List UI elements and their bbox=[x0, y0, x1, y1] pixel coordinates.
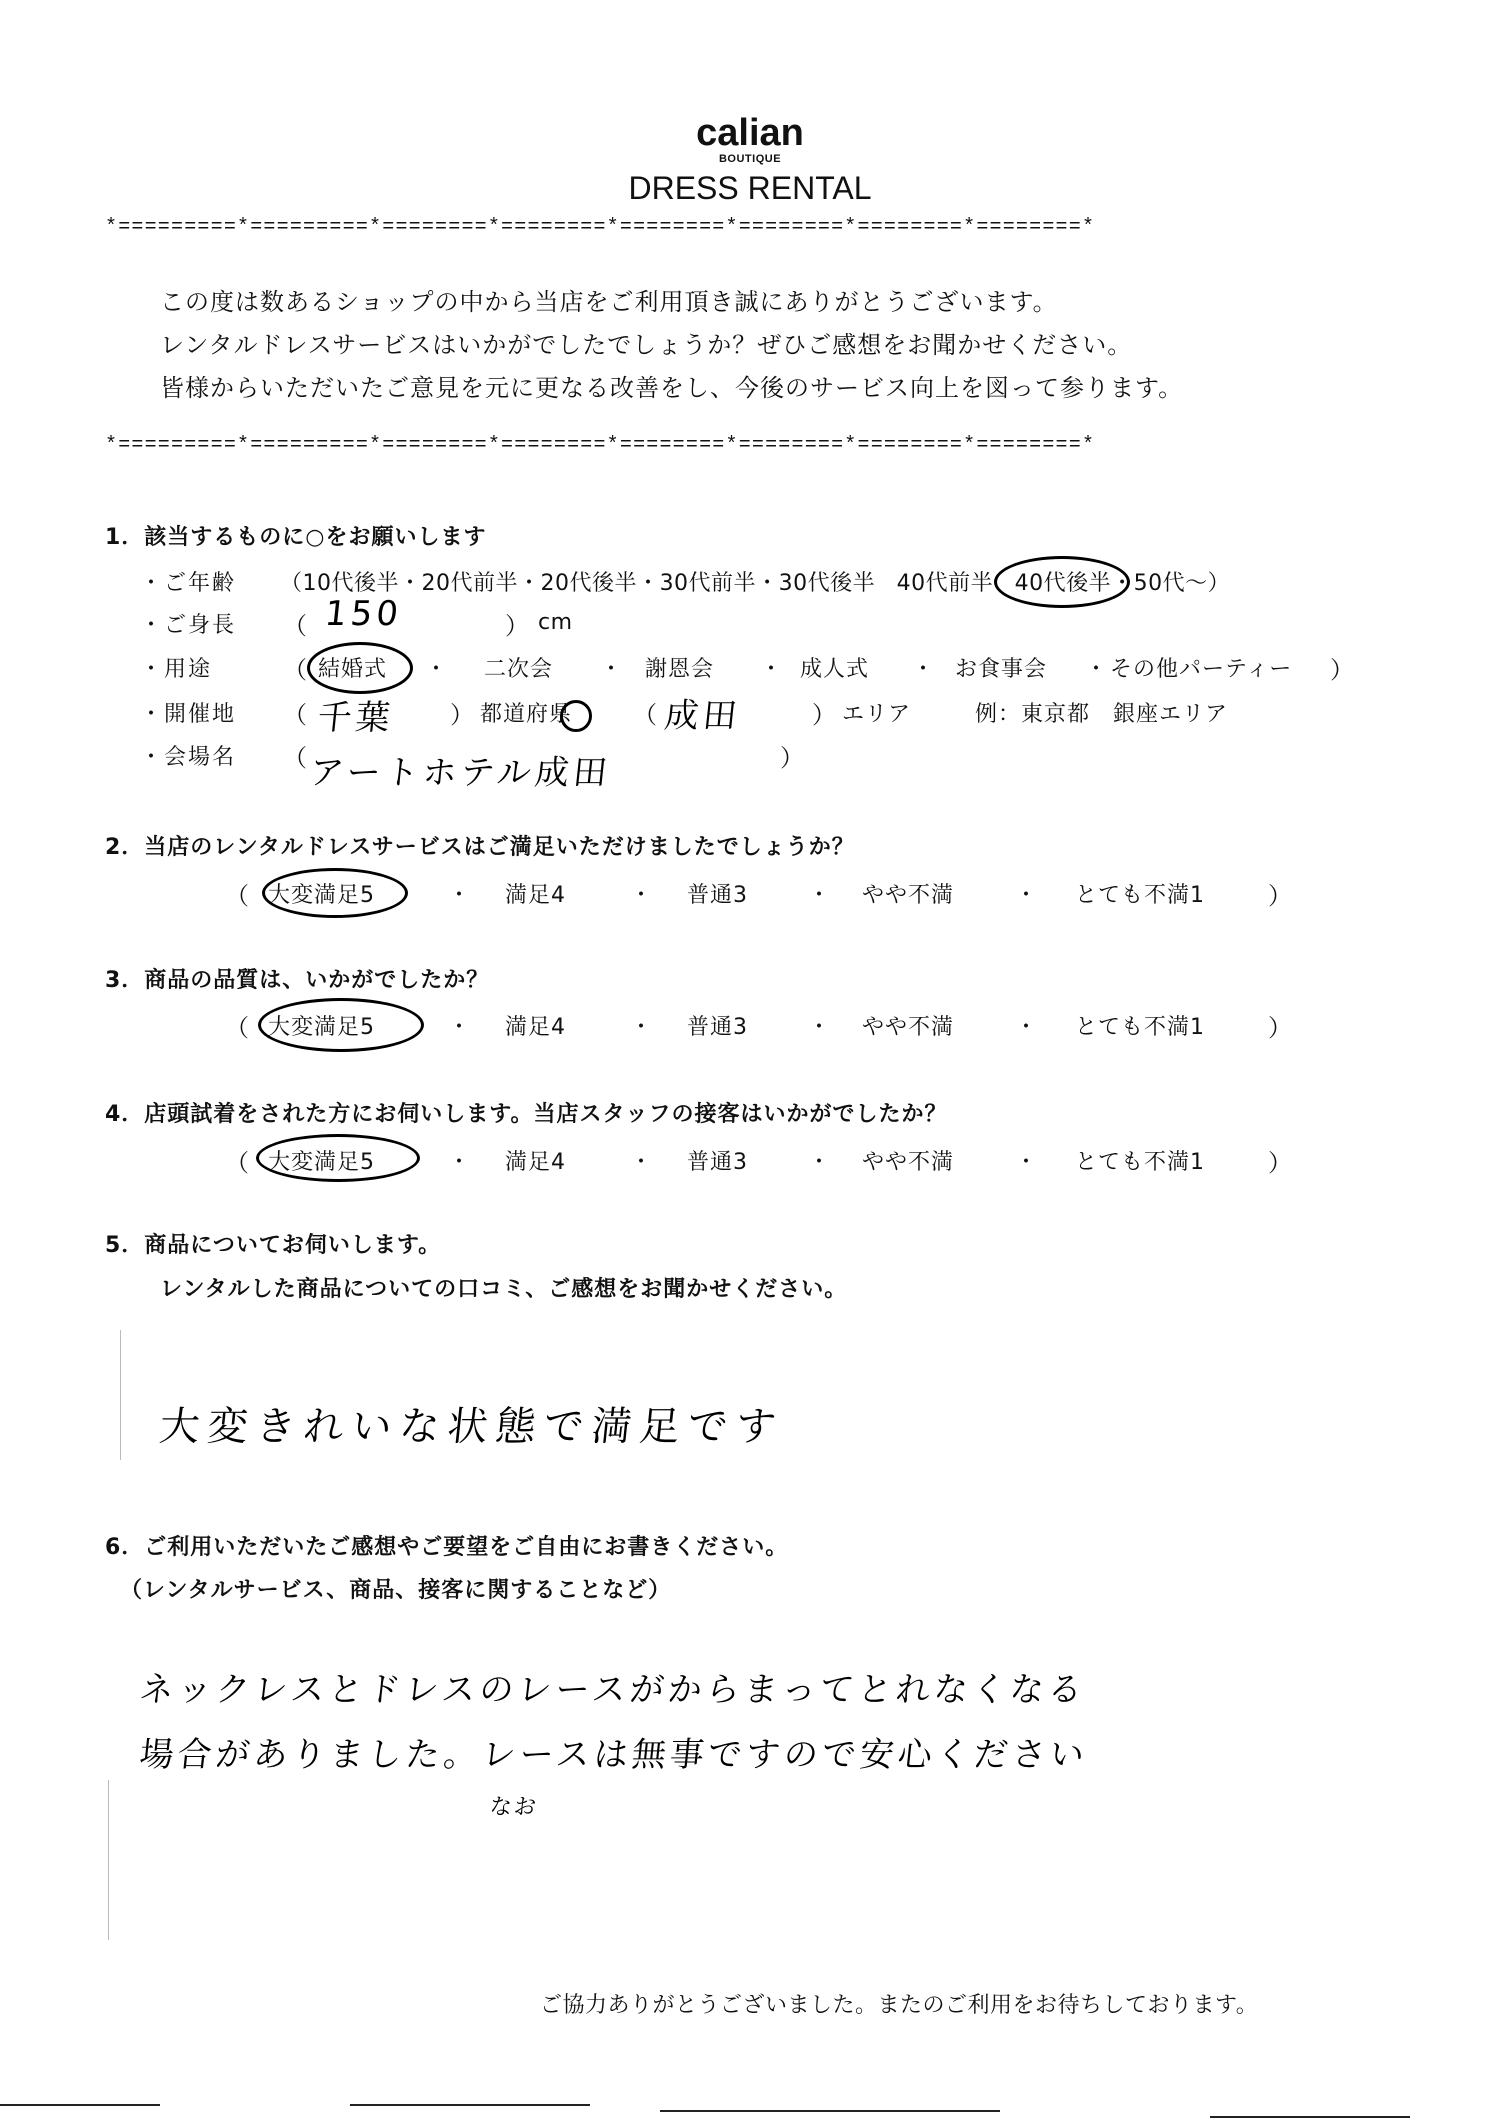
divider-top: *=========*=========*========*========*=… bbox=[105, 216, 1095, 239]
age-option[interactable]: 20代後半 bbox=[541, 571, 638, 596]
age-option[interactable]: 30代後半 bbox=[779, 571, 876, 596]
height-unit: cm bbox=[538, 610, 573, 635]
separator: ・ bbox=[448, 1010, 470, 1041]
rating-option[interactable]: 普通3 bbox=[687, 1010, 748, 1041]
area-suffix: エリア bbox=[842, 697, 911, 728]
open-paren: （ bbox=[225, 1143, 249, 1178]
separator: ・ bbox=[448, 1145, 470, 1176]
scan-artifact-line bbox=[660, 2110, 1000, 2112]
prefecture-suffix: 都道府県 bbox=[480, 697, 572, 728]
scan-artifact-line bbox=[0, 2104, 160, 2106]
area-field[interactable]: 成田 bbox=[662, 688, 743, 737]
separator: ・ bbox=[808, 1145, 830, 1176]
divider-bottom: *=========*=========*========*========*=… bbox=[105, 434, 1095, 457]
purpose-label: ・用途 bbox=[140, 652, 212, 683]
open-paren: （ bbox=[283, 738, 307, 773]
separator: ・ bbox=[760, 652, 782, 683]
purpose-option[interactable]: 成人式 bbox=[800, 652, 869, 683]
answer-box-edge bbox=[108, 1780, 109, 1940]
q6-insert-note: なお bbox=[488, 1790, 539, 1821]
open-paren: （ bbox=[283, 650, 307, 685]
intro-line-3: 皆様からいただいたご意見を元に更なる改善をし、今後のサービス向上を図って参ります… bbox=[160, 368, 1183, 403]
close-paren: ） bbox=[812, 695, 836, 730]
close-paren: ） bbox=[1268, 1143, 1292, 1178]
age-option[interactable]: 50代～ bbox=[1134, 571, 1208, 596]
scan-artifact-line bbox=[350, 2104, 590, 2106]
rating-option[interactable]: 満足4 bbox=[505, 1010, 566, 1041]
q3-heading: 3．商品の品質は、いかがでしたか？ bbox=[105, 963, 489, 994]
separator: ・ bbox=[1015, 878, 1037, 909]
location-label: ・開催地 bbox=[140, 697, 236, 728]
q6-answer-line-1[interactable]: ネックレスとドレスのレースがからまってとれなくなる bbox=[137, 1662, 1088, 1711]
height-label: ・ご身長 bbox=[140, 608, 236, 639]
separator: ・ bbox=[630, 1145, 652, 1176]
separator: ・ bbox=[1015, 1010, 1037, 1041]
answer-box-edge bbox=[120, 1330, 121, 1460]
rating-option[interactable]: とても不満1 bbox=[1075, 1145, 1205, 1176]
purpose-option[interactable]: その他パーティー bbox=[1110, 652, 1292, 683]
rating-option[interactable]: とても不満1 bbox=[1075, 1010, 1205, 1041]
close-paren: ） bbox=[450, 695, 474, 730]
close-paren: ） bbox=[1330, 650, 1354, 685]
age-option[interactable]: 20代前半 bbox=[422, 571, 519, 596]
location-example: 例：東京都 銀座エリア bbox=[975, 697, 1228, 728]
rating-option[interactable]: 満足4 bbox=[505, 878, 566, 909]
close-paren: ） bbox=[505, 606, 529, 641]
footer-thanks: ご協力ありがとうございました。またのご利用をお待ちしております。 bbox=[540, 1988, 1258, 2019]
selection-circle bbox=[560, 700, 592, 732]
open-paren: （ bbox=[633, 695, 657, 730]
rating-option[interactable]: やや不満 bbox=[862, 1145, 954, 1176]
purpose-option[interactable]: 謝恩会 bbox=[645, 652, 714, 683]
purpose-option[interactable]: 二次会 bbox=[484, 652, 553, 683]
close-paren: ） bbox=[1268, 1008, 1292, 1043]
q5-subheading: レンタルした商品についての口コミ、ご感想をお聞かせください。 bbox=[160, 1272, 847, 1303]
q4-heading: 4．店頭試着をされた方にお伺いします。当店スタッフの接客はいかがでしたか？ bbox=[105, 1097, 948, 1128]
separator: ・ bbox=[1015, 1145, 1037, 1176]
rating-option[interactable]: 普通3 bbox=[687, 1145, 748, 1176]
selection-circle bbox=[994, 556, 1130, 608]
selection-circle bbox=[262, 868, 408, 918]
purpose-option[interactable]: お食事会 bbox=[955, 652, 1047, 683]
q6-subheading: （レンタルサービス、商品、接客に関することなど） bbox=[120, 1573, 671, 1604]
venue-label: ・会場名 bbox=[140, 740, 236, 771]
rating-option[interactable]: とても不満1 bbox=[1075, 878, 1205, 909]
separator: ・ bbox=[808, 1010, 830, 1041]
prefecture-field[interactable]: 千葉 bbox=[315, 690, 396, 739]
height-field[interactable]: 150 bbox=[323, 594, 404, 634]
rating-option[interactable]: 満足4 bbox=[505, 1145, 566, 1176]
age-option[interactable]: 30代前半 bbox=[660, 571, 757, 596]
selection-circle bbox=[307, 642, 413, 694]
age-option[interactable]: 10代後半 bbox=[303, 571, 400, 596]
age-label: ・ご年齢 bbox=[140, 566, 236, 597]
brand-logo: calian bbox=[0, 112, 1500, 155]
rating-option[interactable]: やや不満 bbox=[862, 878, 954, 909]
rating-option[interactable]: やや不満 bbox=[862, 1010, 954, 1041]
close-paren: ） bbox=[780, 738, 804, 773]
selection-circle bbox=[258, 998, 424, 1052]
venue-field[interactable]: アートホテル成田 bbox=[307, 745, 613, 794]
q1-heading: 1．該当するものに○をお願いします bbox=[105, 520, 487, 551]
q5-heading: 5．商品についてお伺いします。 bbox=[105, 1228, 441, 1259]
separator: ・ bbox=[912, 652, 934, 683]
open-paren: （ bbox=[225, 876, 249, 911]
separator: ・ bbox=[808, 878, 830, 909]
q5-answer-field[interactable]: 大変きれいな状態で満足です bbox=[157, 1395, 787, 1452]
open-paren: （ bbox=[225, 1008, 249, 1043]
document-title: DRESS RENTAL bbox=[0, 170, 1500, 207]
brand-subtitle: BOUTIQUE bbox=[0, 153, 1500, 165]
rating-option[interactable]: 普通3 bbox=[687, 878, 748, 909]
q6-answer-line-2[interactable]: 場合がありました。レースは無事ですので安心ください bbox=[137, 1727, 1090, 1776]
open-paren: （ bbox=[283, 606, 307, 641]
separator: ・ bbox=[630, 1010, 652, 1041]
intro-line-2: レンタルドレスサービスはいかがでしたでしょうか？ぜひご感想をお聞かせください。 bbox=[160, 325, 1132, 360]
q2-heading: 2．当店のレンタルドレスサービスはご満足いただけましたでしょうか？ bbox=[105, 830, 855, 861]
scan-artifact-line bbox=[1210, 2116, 1410, 2118]
separator: ・ bbox=[425, 652, 447, 683]
separator: ・ bbox=[1085, 652, 1107, 683]
age-option-selected[interactable]: 40代前半 bbox=[897, 571, 994, 596]
separator: ・ bbox=[600, 652, 622, 683]
separator: ・ bbox=[448, 878, 470, 909]
separator: ・ bbox=[630, 878, 652, 909]
open-paren: （ bbox=[283, 695, 307, 730]
selection-circle bbox=[256, 1134, 420, 1182]
close-paren: ） bbox=[1268, 876, 1292, 911]
intro-line-1: この度は数あるショップの中から当店をご利用頂き誠にありがとうございます。 bbox=[160, 282, 1058, 317]
q6-heading: 6．ご利用いただいたご感想やご要望をご自由にお書きください。 bbox=[105, 1530, 788, 1561]
